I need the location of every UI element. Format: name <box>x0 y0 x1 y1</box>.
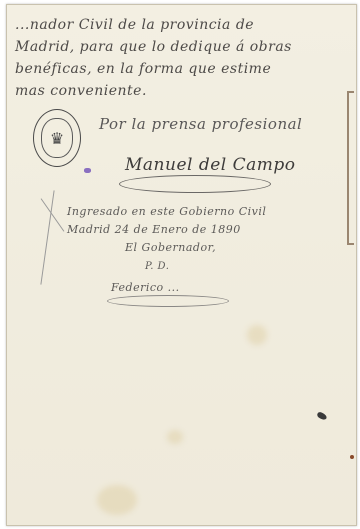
annotation-line-1: Ingresado en este Gobierno Civil <box>67 205 266 218</box>
annotation-line-5: Federico ... <box>111 281 180 294</box>
crown-shield-icon: ♛ <box>41 118 73 158</box>
stain <box>247 325 267 345</box>
signature-flourish <box>119 175 271 193</box>
annotation-flourish <box>107 295 229 307</box>
annotation-line-4: P. D. <box>145 261 169 272</box>
edge-bracket <box>347 91 354 245</box>
signature: Manuel del Campo <box>125 155 296 175</box>
purple-ink-mark <box>84 168 91 173</box>
annotation-line-3: El Gobernador, <box>125 241 216 254</box>
body-line-3: benéficas, en la forma que estime <box>15 61 271 77</box>
pencil-mark <box>40 190 54 284</box>
rust-spot <box>350 455 354 459</box>
annotation-line-2: Madrid 24 de Enero de 1890 <box>67 223 241 236</box>
document-page: ...nador Civil de la provincia de Madrid… <box>6 4 357 526</box>
stain <box>97 485 137 515</box>
official-seal: ♛ <box>33 109 81 167</box>
body-line-4: mas conveniente. <box>15 83 147 99</box>
body-line-1: ...nador Civil de la provincia de <box>15 17 254 33</box>
body-line-2: Madrid, para que lo dedique á obras <box>15 39 292 55</box>
closing-line: Por la prensa profesional <box>99 115 302 133</box>
stain <box>167 430 183 444</box>
ink-blot <box>316 411 328 421</box>
